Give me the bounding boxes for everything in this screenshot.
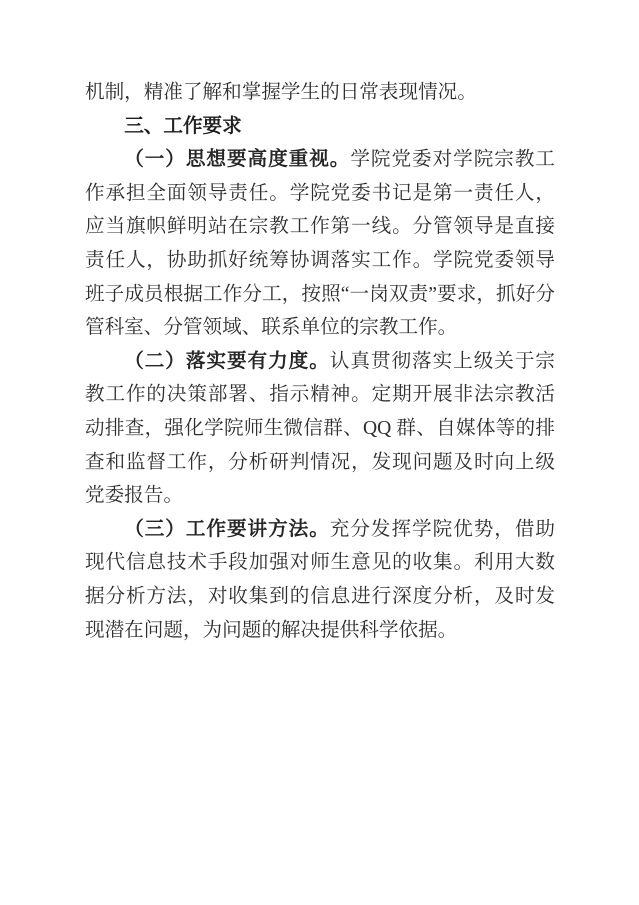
- paragraph-2-lead: （二）落实要有力度。: [124, 351, 330, 372]
- document-page: 机制，精准了解和掌握学生的日常表现情况。 三、工作要求 （一）思想要高度重视。学…: [0, 0, 639, 905]
- paragraph-1-lead: （一）思想要高度重视。: [124, 149, 350, 170]
- paragraph-continuation: 机制，精准了解和掌握学生的日常表现情况。: [85, 76, 555, 110]
- paragraph-section-2: （二）落实要有力度。认真贯彻落实上级关于宗教工作的决策部署、指示精神。定期开展非…: [85, 345, 555, 513]
- paragraph-2-text: 认真贯彻落实上级关于宗教工作的决策部署、指示精神。定期开展非法宗教活动排查，强化…: [85, 351, 555, 506]
- document-body: 机制，精准了解和掌握学生的日常表现情况。 三、工作要求 （一）思想要高度重视。学…: [85, 76, 555, 647]
- paragraph-section-1: （一）思想要高度重视。学院党委对学院宗教工作承担全面领导责任。学院党委书记是第一…: [85, 143, 555, 345]
- paragraph-section-3: （三）工作要讲方法。充分发挥学院优势，借助现代信息技术手段加强对师生意见的收集。…: [85, 513, 555, 647]
- paragraph-3-lead: （三）工作要讲方法。: [124, 519, 330, 540]
- section-heading: 三、工作要求: [85, 110, 555, 144]
- paragraph-1-text: 学院党委对学院宗教工作承担全面领导责任。学院党委书记是第一责任人，应当旗帜鲜明站…: [85, 149, 555, 338]
